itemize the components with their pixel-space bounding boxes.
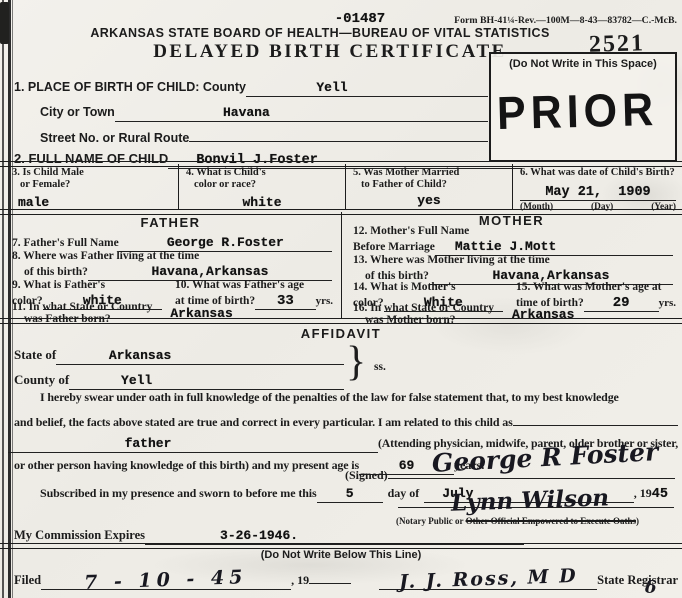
state-row: State of Arkansas [14, 346, 344, 365]
day-field: 5 [317, 484, 383, 503]
notary-caption-suffix: ) [636, 516, 639, 526]
day-value: 5 [346, 486, 354, 501]
filed-label: Filed [14, 573, 41, 588]
place-of-birth-row: 1. PLACE OF BIRTH OF CHILD: County Yell [14, 78, 488, 97]
registrar-signature: J. J. Ross, M D [398, 565, 577, 593]
sex-label: 3. Is Child Male [12, 167, 172, 179]
street-field [189, 128, 488, 142]
table-divider [345, 164, 346, 209]
birth-date-field: May 21, 1909 [520, 182, 676, 201]
father-name-value: George R.Foster [167, 235, 284, 250]
city-field: Havana [115, 103, 488, 122]
filed-date-field: 7 - 10 - 45 [41, 567, 291, 590]
father-birthplace-label: 11. In what State or Country [12, 301, 152, 313]
county-affidavit-label: County of [14, 372, 69, 388]
mother-name-value: Mattie J.Mott [455, 239, 556, 254]
affidavit-title: AFFIDAVIT [0, 326, 682, 341]
serial-number: -01487 [295, 11, 425, 27]
father-color-label: 9. What is Father's [12, 279, 105, 291]
city-row: City or Town Havana [40, 103, 488, 122]
commission-label: My Commission Expires [14, 528, 145, 543]
place-of-birth-label: 1. PLACE OF BIRTH OF CHILD: County [14, 80, 246, 94]
oath-line-2: and belief, the facts above stated are t… [14, 415, 513, 430]
mother-color-label: 14. What is Mother's [353, 281, 456, 293]
father-residence-value: Havana,Arkansas [151, 264, 268, 279]
relation-field-lead [513, 412, 678, 426]
birth-date-cell: 6. What was date of Child's Birth? May 2… [520, 167, 676, 212]
commission-value: 3-26-1946. [220, 528, 298, 543]
county-field: Yell [246, 78, 488, 97]
mother-age-label: 15. What was Mother's age at [516, 281, 661, 293]
filed-year-field [309, 570, 351, 584]
filed-row: Filed 7 - 10 - 45 , 19 J. J. Ross, M D S… [14, 567, 678, 590]
section-divider [0, 318, 682, 324]
signed-label: (Signed) [345, 468, 388, 483]
do-not-write-box: (Do Not Write in This Space) PRIOR [489, 52, 677, 162]
father-section: FATHER 7. Father's Full Name George R.Fo… [0, 209, 341, 318]
filed-year-prefix: , 19 [291, 573, 309, 588]
county-affidavit-row: County of Yell [14, 371, 344, 390]
father-age-label: 10. What was Father's age [175, 279, 304, 291]
certificate-title: DELAYED BIRTH CERTIFICATE [110, 41, 550, 63]
state-field: Arkansas [56, 346, 344, 365]
notary-caption-struck: Other Official Empowered to Execute Oath… [466, 516, 636, 526]
table-divider [178, 164, 179, 209]
do-not-write-label: (Do Not Write in This Space) [491, 58, 675, 70]
race-cell: 4. What is Child's color or race? white [186, 167, 338, 210]
filed-date-value: 7 - 10 - 45 [84, 566, 248, 594]
section-divider [0, 161, 682, 167]
father-section-title: FATHER [0, 215, 341, 230]
do-not-write-below-label: (Do Not Write Below This Line) [0, 549, 682, 561]
mother-section: MOTHER 12. Mother's Full Name Before Mar… [341, 209, 682, 318]
mother-married-label-2: to Father of Child? [353, 179, 505, 191]
relation-field: father [8, 434, 378, 453]
city-label: City or Town [40, 105, 115, 119]
race-label: 4. What is Child's [186, 167, 338, 179]
subscribed-label: Subscribed in my presence and sworn to b… [40, 486, 317, 501]
street-row: Street No. or Rural Route [40, 128, 488, 145]
mother-married-label: 5. Was Mother Married [353, 167, 505, 179]
ss-brace: } [346, 338, 366, 386]
father-name-label: 7. Father's Full Name [12, 237, 119, 249]
sex-label-2: or Female? [12, 179, 172, 191]
race-value: white [186, 195, 338, 210]
agency-name: ARKANSAS STATE BOARD OF HEALTH—BUREAU OF… [30, 26, 610, 40]
table-divider [512, 164, 513, 209]
form-number: Form BH-41¼-Rev.—100M—8-43—83782—C.-McB. [454, 15, 677, 26]
sex-value: male [18, 195, 172, 210]
city-value: Havana [223, 105, 270, 120]
oath-line-4: or other person having knowledge of this… [14, 458, 359, 473]
oath-line-2-row: and belief, the facts above stated are t… [14, 412, 678, 430]
registrar-label: State Registrar [597, 573, 678, 588]
notary-caption-prefix: (Notary Public or [396, 516, 466, 526]
father-residence-label-2: of this birth? [24, 266, 88, 278]
father-residence-label: 8. Where was Father living at the time [12, 250, 199, 262]
county-value: Yell [316, 80, 347, 95]
oath-line-1: I hereby swear under oath in full knowle… [14, 390, 678, 405]
mother-married-cell: 5. Was Mother Married to Father of Child… [353, 167, 505, 208]
delayed-birth-certificate-document: -01487 Form BH-41¼-Rev.—100M—8-43—83782—… [0, 0, 682, 598]
sex-cell: 3. Is Child Male or Female? male [12, 167, 172, 210]
county-affidavit-field: Yell [69, 371, 344, 390]
race-label-2: color or race? [186, 179, 338, 191]
mother-residence-label: 13. Where was Mother living at the time [353, 254, 550, 266]
ss-label: ss. [374, 361, 386, 373]
birth-date-value: May 21, 1909 [545, 185, 650, 200]
scan-artifact [0, 2, 9, 44]
state-label: State of [14, 347, 56, 363]
section-divider [0, 543, 682, 549]
county-affidavit-value: Yell [121, 373, 152, 388]
mother-birthplace-label: 16. In what State or Country [353, 302, 494, 314]
relation-value: father [125, 436, 172, 451]
mother-married-value: yes [353, 193, 505, 208]
street-label: Street No. or Rural Route [40, 131, 189, 145]
mother-name-label-2: Before Marriage [353, 241, 435, 253]
prior-stamp: PRIOR [496, 84, 659, 141]
birth-date-label: 6. What was date of Child's Birth? [520, 167, 676, 179]
registrar-signature-field: J. J. Ross, M D [379, 567, 597, 590]
mother-name-label: 12. Mother's Full Name [353, 225, 469, 237]
state-value: Arkansas [109, 348, 171, 363]
registrar-initial-mark: δ [645, 578, 656, 598]
